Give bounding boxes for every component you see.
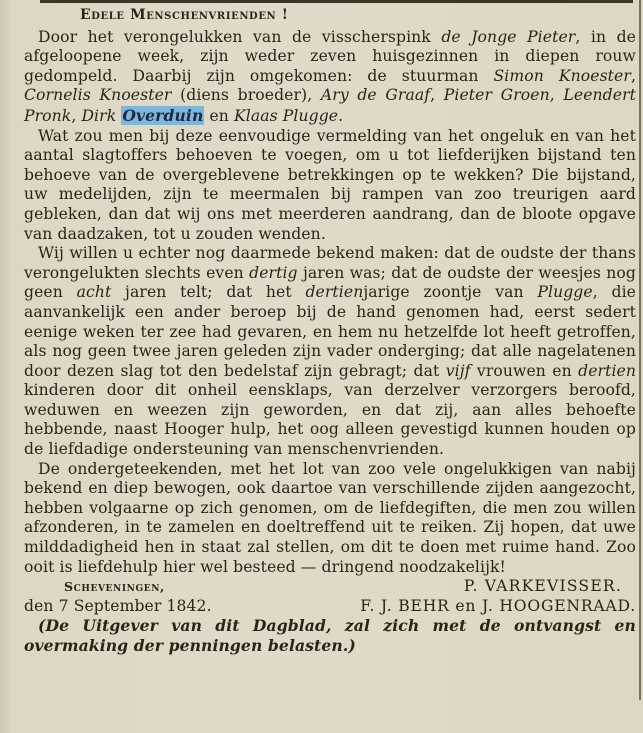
text-run: , (550, 86, 564, 104)
text-run: , (631, 67, 636, 85)
text-run: Door het verongelukken van de visschersp… (38, 28, 441, 46)
italic-text: vijf (446, 362, 471, 380)
text-run: en (204, 107, 234, 125)
signature-row-2: den 7 September 1842. F. J. BEHR en J. H… (24, 597, 636, 617)
paragraph-3: Wij willen u echter nog daarmede bekend … (24, 244, 636, 460)
italic-text: Klaas Plugge (234, 107, 338, 125)
signature-date: den 7 September 1842. (24, 597, 212, 617)
column-rule (639, 0, 641, 700)
text-run: , (430, 86, 444, 104)
text-run: , (71, 107, 81, 125)
text-run: jarige zoontje van (363, 283, 537, 301)
signature-row-1: Scheveningen, P. VARKEVISSER. (24, 577, 636, 597)
publisher-note: (De Uitgever van dit Dagblad, zal zich m… (24, 616, 636, 655)
italic-text: dertien (305, 283, 363, 301)
newspaper-clipping: Edele Menschenvrienden ! Door het verong… (0, 0, 643, 733)
italic-text: acht (77, 283, 112, 301)
italic-text: Dirk (81, 107, 121, 125)
text-run: vrouwen en (471, 362, 579, 380)
top-rule (40, 0, 633, 3)
italic-text: Ary de Graaf (321, 86, 430, 104)
text-run: . (338, 107, 343, 125)
paragraph-2: Wat zou men bij deze eenvoudige vermeldi… (24, 127, 636, 245)
italic-text: Pieter Groen (444, 86, 550, 104)
text-run: (diens broeder), (172, 86, 321, 104)
italic-text: Cornelis Knoester (24, 86, 172, 104)
italic-text: dertien (578, 362, 636, 380)
signature-name-2: F. J. BEHR en J. HOOGENRAAD. (360, 597, 636, 617)
signature-name-1: P. VARKEVISSER. (464, 577, 636, 597)
article-body: Edele Menschenvrienden ! Door het verong… (24, 6, 636, 656)
italic-text: Plugge (537, 283, 592, 301)
text-run: kinderen door dit onheil eensklaps, van … (24, 381, 636, 458)
signature-place: Scheveningen, (24, 577, 165, 597)
article-heading: Edele Menschenvrienden ! (24, 6, 636, 26)
paragraph-4: De ondergeteekenden, met het lot van zoo… (24, 460, 636, 578)
highlighted-word[interactable]: Overduin (121, 106, 204, 125)
italic-text: de Jonge Pieter (441, 28, 575, 46)
paragraph-1: Door het verongelukken van de visschersp… (24, 28, 636, 127)
text-run: Wat zou men bij deze eenvoudige vermeldi… (24, 127, 636, 243)
text-run: jaren telt; dat het (111, 283, 305, 301)
text-run: De ondergeteekenden, met het lot van zoo… (24, 460, 636, 576)
italic-text: Simon Knoester (494, 67, 631, 85)
italic-text: dertig (249, 264, 298, 282)
